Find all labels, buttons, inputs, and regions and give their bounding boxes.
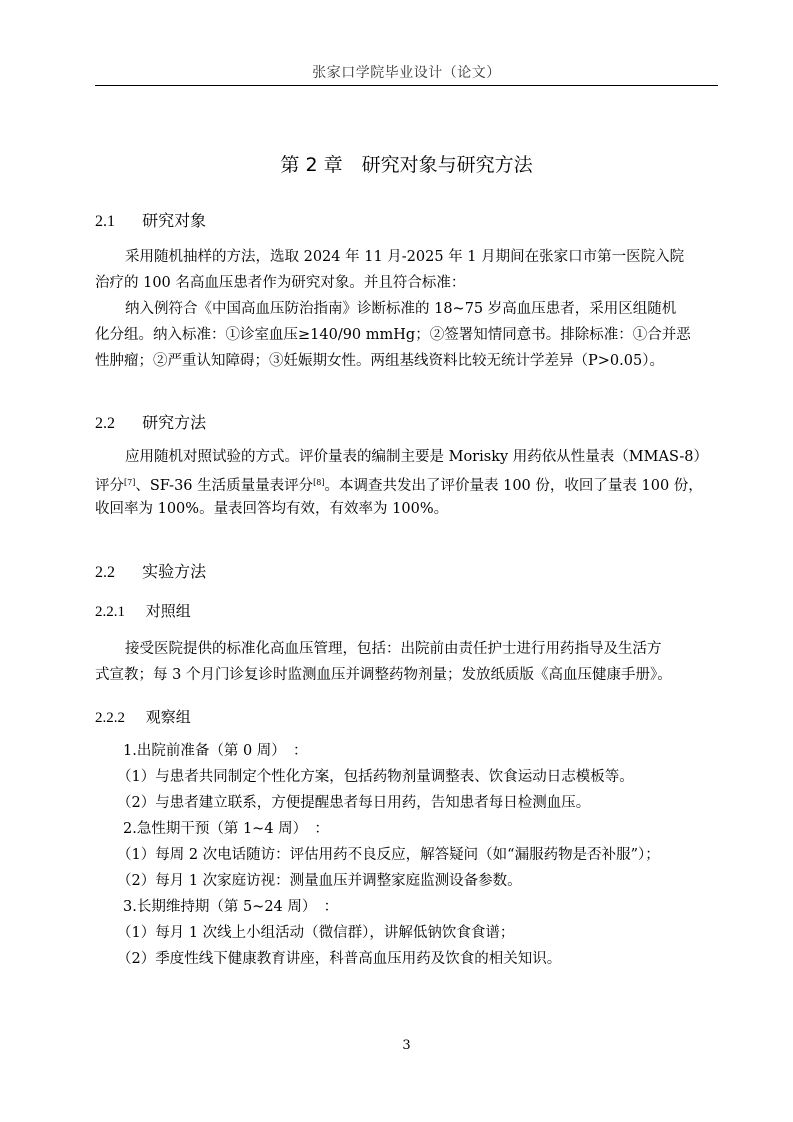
running-header: 张家口学院毕业设计（论文）: [95, 62, 718, 82]
text-line: 收回率为 100%。量表回答均有效，有效率为 100%。: [95, 496, 718, 522]
text-line: 治疗的 100 名高血压患者作为研究对象。并且符合标准：: [95, 270, 718, 296]
list-item: （1）每周 2 次电话随访：评估用药不良反应，解答疑问（如“漏服药物是否补服”）…: [95, 842, 718, 868]
section-title: 实验方法: [142, 562, 206, 581]
section-heading-2-2-experiment: 2.2 实验方法: [95, 559, 206, 582]
page-number: 3: [95, 1038, 718, 1053]
text-run: 。本调查共发出了评价量表 100 份，收回了量表 100 份，: [325, 478, 703, 494]
text-line: 化分组。纳入标准：①诊室血压≥140/90 mmHg；②签署知情同意书。排除标准…: [95, 322, 718, 348]
section-number: 2.2: [95, 564, 137, 582]
section-number: 2.1: [95, 213, 137, 231]
paragraph-research-subjects: 采用随机抽样的方法，选取 2024 年 11 月-2025 年 1 月期间在张家…: [95, 244, 718, 374]
section-heading-2-1: 2.1 研究对象: [95, 208, 206, 231]
text-line: 应用随机对照试验的方式。评价量表的编制主要是 Morisky 用药依从性量表（M…: [95, 444, 718, 470]
header-rule: [95, 85, 718, 86]
text-run: 评分: [95, 478, 124, 494]
subsection-title: 观察组: [146, 708, 191, 726]
text-line: 采用随机抽样的方法，选取 2024 年 11 月-2025 年 1 月期间在张家…: [95, 244, 718, 270]
text-line: 性肿瘤；②严重认知障碍；③妊娠期女性。两组基线资料比较无统计学差异（P>0.05…: [95, 348, 718, 374]
list-observation-group: 1.出院前准备（第 0 周） ： （1）与患者共同制定个性化方案，包括药物剂量调…: [95, 738, 718, 972]
subsection-heading-2-2-1: 2.2.1 对照组: [95, 600, 191, 621]
section-title: 研究对象: [142, 211, 206, 230]
subsection-heading-2-2-2: 2.2.2 观察组: [95, 706, 191, 727]
paragraph-control-group: 接受医院提供的标准化高血压管理，包括：出院前由责任护士进行用药指导及生活方 式宣…: [95, 636, 718, 688]
list-item: （2）每月 1 次家庭访视：测量血压并调整家庭监测设备参数。: [95, 868, 718, 894]
list-item-phase-3: 3.长期维持期（第 5~24 周） ：: [95, 894, 718, 920]
paragraph-research-methods: 应用随机对照试验的方式。评价量表的编制主要是 Morisky 用药依从性量表（M…: [95, 444, 718, 522]
subsection-title: 对照组: [146, 602, 191, 620]
list-item: （1）与患者共同制定个性化方案，包括药物剂量调整表、饮食运动日志模板等。: [95, 764, 718, 790]
subsection-number: 2.2.2: [95, 710, 141, 727]
list-item: （1）每月 1 次线上小组活动（微信群），讲解低钠饮食食谱；: [95, 920, 718, 946]
section-heading-2-2: 2.2 研究方法: [95, 410, 206, 433]
list-item-phase-2: 2.急性期干预（第 1~4 周） ：: [95, 816, 718, 842]
section-number: 2.2: [95, 415, 137, 433]
text-line: 纳入例符合《中国高血压防治指南》诊断标准的 18~75 岁高血压患者，采用区组随…: [95, 296, 718, 322]
chapter-title: 第 2 章 研究对象与研究方法: [95, 150, 718, 177]
list-item-phase-1: 1.出院前准备（第 0 周） ：: [95, 738, 718, 764]
list-item: （2）与患者建立联系，方便提醒患者每日用药，告知患者每日检测血压。: [95, 790, 718, 816]
text-line: 式宣教；每 3 个月门诊复诊时监测血压并调整药物剂量；发放纸质版《高血压健康手册…: [95, 662, 718, 688]
subsection-number: 2.2.1: [95, 604, 141, 621]
document-page: 张家口学院毕业设计（论文） 第 2 章 研究对象与研究方法 2.1 研究对象 采…: [0, 0, 793, 1122]
text-run: 、SF-36 生活质量量表评分: [135, 478, 313, 494]
text-line: 接受医院提供的标准化高血压管理，包括：出院前由责任护士进行用药指导及生活方: [95, 636, 718, 662]
text-line: 评分[7]、SF-36 生活质量量表评分[8]。本调查共发出了评价量表 100 …: [95, 470, 718, 496]
citation-ref-8: [8]: [313, 478, 324, 487]
list-item: （2）季度性线下健康教育讲座，科普高血压用药及饮食的相关知识。: [95, 946, 718, 972]
section-title: 研究方法: [142, 413, 206, 432]
citation-ref-7: [7]: [124, 478, 135, 487]
